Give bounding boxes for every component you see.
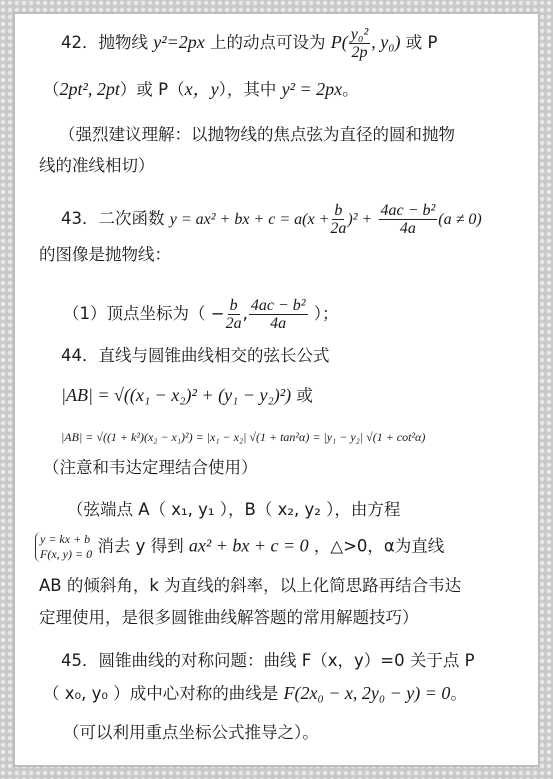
chord-length-formula-2: |AB| = √((1 + k²)(x₂ − x₁)²) = |x₁ − x₂|… bbox=[61, 430, 425, 444]
item-43-vertex: （1）顶点坐标为（ −b2a,4ac − b²4a ）； bbox=[63, 297, 339, 332]
item-43-eq-part-c: (a ≠ 0) bbox=[438, 211, 481, 228]
item-42-param-form: 2pt², 2pt bbox=[60, 79, 120, 99]
item-42-note-line2: 线的准线相切） bbox=[39, 155, 155, 177]
item-43-eq-part-a: y = ax² + bx + c = a(x + bbox=[170, 211, 330, 228]
item-43-eq-part-b: )² + bbox=[347, 211, 372, 228]
item-44-formula2: |AB| = √((1 + k²)(x₂ − x₁)²) = |x₁ − x₂|… bbox=[61, 425, 425, 448]
vertex-frac2: 4ac − b²4a bbox=[249, 297, 308, 332]
chord-length-formula-1: |AB| = √((x₁ − x₂)² + (y₁ − y₂)²) bbox=[61, 385, 291, 405]
document-page: 42．抛物线 y²=2px 上的动点可设为 P(y₀²2p, y₀) 或 P （… bbox=[13, 12, 540, 767]
item-42-prefix: 42．抛物线 bbox=[61, 33, 148, 52]
item-42-mid-text: 上的动点可设为 bbox=[210, 33, 326, 52]
item-42-equation: y²=2px bbox=[153, 32, 205, 52]
symmetric-curve-eq: F(2x₀ − x, 2y₀ − y) = 0 bbox=[284, 683, 451, 703]
item-42-line1: 42．抛物线 y²=2px 上的动点可设为 P(y₀²2p, y₀) 或 P bbox=[61, 26, 437, 61]
period: 。 bbox=[450, 684, 467, 703]
item-45-note: （可以利用重点坐标公式推导之）。 bbox=[63, 722, 319, 744]
item-43-frac1: b2a bbox=[330, 202, 346, 237]
item-44-title: 44．直线与圆锥曲线相交的弦长公式 bbox=[61, 345, 330, 367]
equation-system: y = kx + bF(x, y) = 0 bbox=[35, 532, 92, 562]
item-42-line2: （2pt², 2pt）或 P（x，y），其中 y² = 2px。 bbox=[43, 78, 359, 101]
item-42-parabola-eq: y² = 2px bbox=[282, 79, 343, 99]
item-43-prefix: 43．二次函数 bbox=[61, 209, 165, 228]
discriminant-text: ，△>0，α为直线 bbox=[314, 537, 444, 556]
item-42-point-fraction: y₀²2p bbox=[349, 26, 370, 61]
item-42-text-c: ），其中 bbox=[219, 80, 277, 99]
item-44-formula1: |AB| = √((x₁ − x₂)² + (y₁ − y₂)²) 或 bbox=[61, 384, 313, 407]
item-44-note5: 定理使用，是很多圆锥曲线解答题的常用解题技巧） bbox=[39, 607, 419, 629]
or-text: 或 bbox=[296, 386, 313, 405]
quadratic-eq: ax² + bx + c = 0 bbox=[189, 536, 309, 556]
item-43-frac2: 4ac − b²4a bbox=[379, 202, 438, 237]
item-42-note-line1: （强烈建议理解：以抛物线的焦点弦为直径的圆和抛物 bbox=[59, 124, 455, 146]
item-42-suffix: 或 P bbox=[406, 33, 438, 52]
period: 。 bbox=[342, 80, 359, 99]
item-42-point-tail: , y₀) bbox=[371, 32, 400, 52]
vertex-frac1: b2a bbox=[226, 297, 242, 332]
item-45-line2: （ x₀, y₀ ）成中心对称的曲线是 F(2x₀ − x, 2y₀ − y) … bbox=[43, 682, 467, 705]
item-42-text-b: ）或 P（ bbox=[120, 80, 185, 99]
item-44-note3: y = kx + bF(x, y) = 0 消去 y 得到 ax² + bx +… bbox=[35, 532, 444, 562]
item-44-note4: AB 的倾斜角，k 为直线的斜率，以上化简思路再结合韦达 bbox=[39, 575, 461, 597]
item-42-xy: x，y bbox=[185, 79, 219, 99]
item-44-note1: （注意和韦达定理结合使用） bbox=[43, 457, 258, 479]
vertex-prefix: （1）顶点坐标为（ − bbox=[63, 304, 225, 323]
item-43-line2: 的图像是抛物线： bbox=[39, 244, 171, 266]
vertex-suffix: ）； bbox=[314, 304, 339, 323]
eliminate-text: 消去 y 得到 bbox=[97, 537, 183, 556]
item-44-note2: （弦端点 A（ x₁, y₁ ），B（ x₂, y₂ ），由方程 bbox=[67, 499, 400, 521]
paren-open: （ bbox=[43, 80, 60, 99]
item-43-line1: 43．二次函数 y = ax² + bx + c = a(x +b2a)² + … bbox=[61, 202, 482, 237]
item-45-prefix: （ x₀, y₀ ）成中心对称的曲线是 bbox=[43, 684, 278, 703]
item-45-line1: 45．圆锥曲线的对称问题：曲线 F（x，y）=0 关于点 P bbox=[61, 650, 475, 672]
